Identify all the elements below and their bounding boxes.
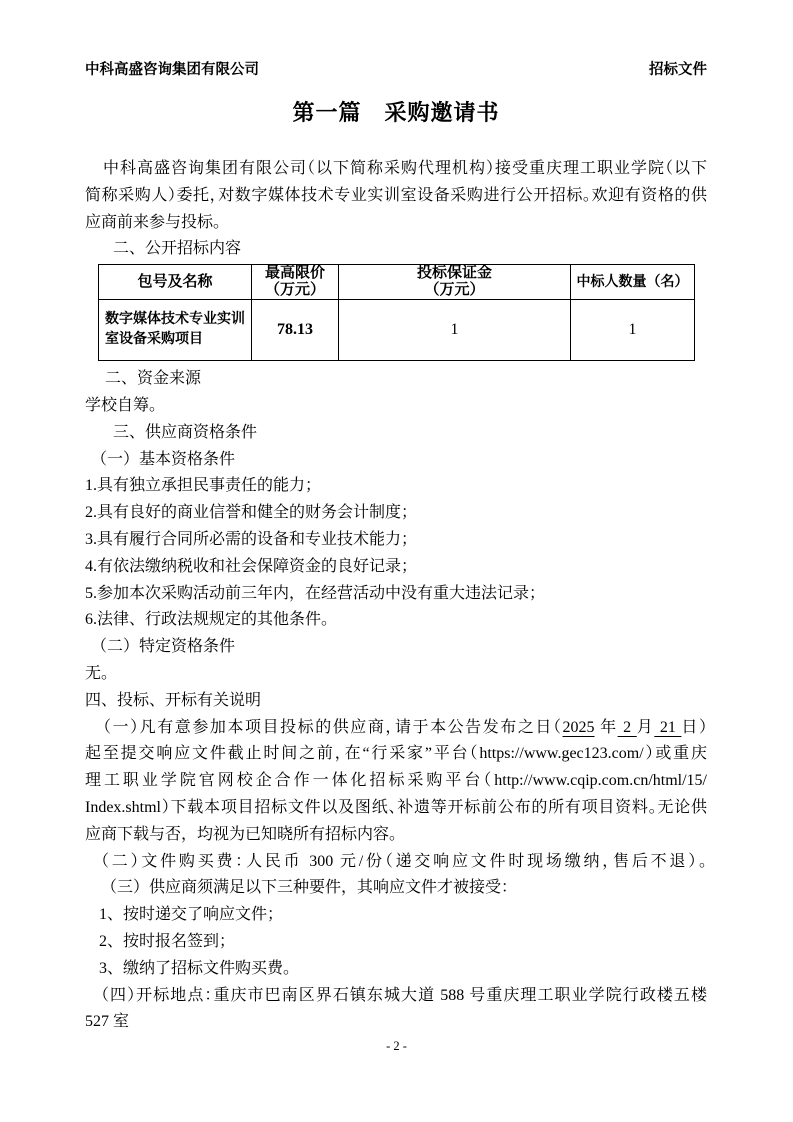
table-cell-bid-bond: 1 [339,300,571,361]
document-fee-line: （二）文件购买费：人民币 300 元/份（递交响应文件时现场缴纳，售后不退）。 [85,849,707,876]
section-heading-open-tender: 二、公开招标内容 [85,236,707,263]
table-header-winner-count: 中标人数量（名） [571,265,695,300]
table-cell-max-price: 78.13 [252,300,339,361]
intro-line-3: 应商前来参与投标。 [85,210,707,237]
table-header-bid-bond: 投标保证金 （万元） [339,265,571,300]
intro-line-1: 中科高盛咨询集团有限公司（以下简称采购代理机构）接受重庆理工职业学院（以下 [85,156,707,183]
download-line-3: 理工职业学院官网校企合作一体化招标采购平台（http://www.cqip.co… [85,768,707,795]
special-qualification-body: 无。 [85,661,707,688]
bid-date-year-unit: 年 [595,719,618,736]
table-cell-package-name: 数字媒体技术专业实训 室设备采购项目 [99,300,252,361]
table-cell-winner-count: 1 [571,300,695,361]
basic-qualification-item-5: 5.参加本次采购活动前三年内，在经营活动中没有重大违法记录； [85,581,707,608]
basic-qualification-title: （一）基本资格条件 [85,447,707,474]
special-qualification-title: （二）特定资格条件 [85,634,707,661]
bid-date-year: 2025 [563,719,595,736]
acceptance-item-3: 3、缴纳了招标文件购买费。 [85,956,707,983]
basic-qualification-item-1: 1.具有独立承担民事责任的能力； [85,473,707,500]
download-line-2: 起至提交响应文件截止时间之前，在“行采家”平台（https://www.gec1… [85,741,707,768]
doc-type-label: 招标文件 [649,60,707,80]
table-header-package-name: 包号及名称 [99,265,252,300]
page-header: 中科高盛咨询集团有限公司 招标文件 [85,60,707,80]
bid-date-prefix: （一）凡有意参加本项目投标的供应商，请于本公告发布之日（ [103,719,563,736]
funding-body: 学校自筹。 [85,393,707,420]
basic-qualification-item-3: 3.具有履行合同所必需的设备和专业技术能力； [85,527,707,554]
bid-date-day: 21 [654,719,681,736]
basic-qualification-item-4: 4.有依法缴纳税收和社会保障资金的良好记录； [85,554,707,581]
download-line-4: Index.shtml）下载本项目招标文件以及图纸、补遗等开标前公布的所有项目资… [85,795,707,822]
footer-page-number: - 2 - [0,1038,793,1054]
acceptance-item-1: 1、按时递交了响应文件； [85,902,707,929]
tender-table: 包号及名称 最高限价 （万元） 投标保证金 （万元） 中标人数量（名） 数字媒体… [98,264,695,361]
download-line-1: （一）凡有意参加本项目投标的供应商，请于本公告发布之日（2025 年 2 月 2… [85,715,707,742]
intro-paragraph: 中科高盛咨询集团有限公司（以下简称采购代理机构）接受重庆理工职业学院（以下 简称… [85,156,707,236]
document-page: 中科高盛咨询集团有限公司 招标文件 第一篇 采购邀请书 中科高盛咨询集团有限公司… [0,0,793,1122]
tender-table-header-row: 包号及名称 最高限价 （万元） 投标保证金 （万元） 中标人数量（名） [99,265,695,300]
page-title: 第一篇 采购邀请书 [85,97,707,129]
basic-qualification-item-6: 6.法律、行政法规规定的其他条件。 [85,607,707,634]
section-heading-qualification: 三、供应商资格条件 [85,420,707,447]
bid-date-day-unit: 日） [681,719,707,736]
table-header-max-price: 最高限价 （万元） [252,265,339,300]
basic-qualification-item-2: 2.具有良好的商业信誉和健全的财务会计制度； [85,500,707,527]
tender-table-data-row: 数字媒体技术专业实训 室设备采购项目 78.13 1 1 [99,300,695,361]
intro-line-2: 简称采购人）委托，对数字媒体技术专业实训室设备采购进行公开招标。欢迎有资格的供 [85,183,707,210]
company-name: 中科高盛咨询集团有限公司 [85,60,259,80]
bid-date-month: 2 [618,719,637,736]
page-content: 中科高盛咨询集团有限公司 招标文件 第一篇 采购邀请书 中科高盛咨询集团有限公司… [85,0,707,1036]
venue-line-1: （四）开标地点：重庆市巴南区界石镇东城大道 588 号重庆理工职业学院行政楼五楼 [85,983,707,1010]
section-heading-funding: 二、资金来源 [85,366,707,393]
section-heading-bidding: 四、投标、开标有关说明 [85,688,707,715]
acceptance-item-2: 2、按时报名签到； [85,929,707,956]
download-line-5: 应商下载与否，均视为已知晓所有招标内容。 [85,822,707,849]
venue-line-2: 527 室 [85,1009,707,1036]
bid-date-month-unit: 月 [637,719,655,736]
acceptance-intro-line: （三）供应商须满足以下三种要件，其响应文件才被接受： [85,875,707,902]
